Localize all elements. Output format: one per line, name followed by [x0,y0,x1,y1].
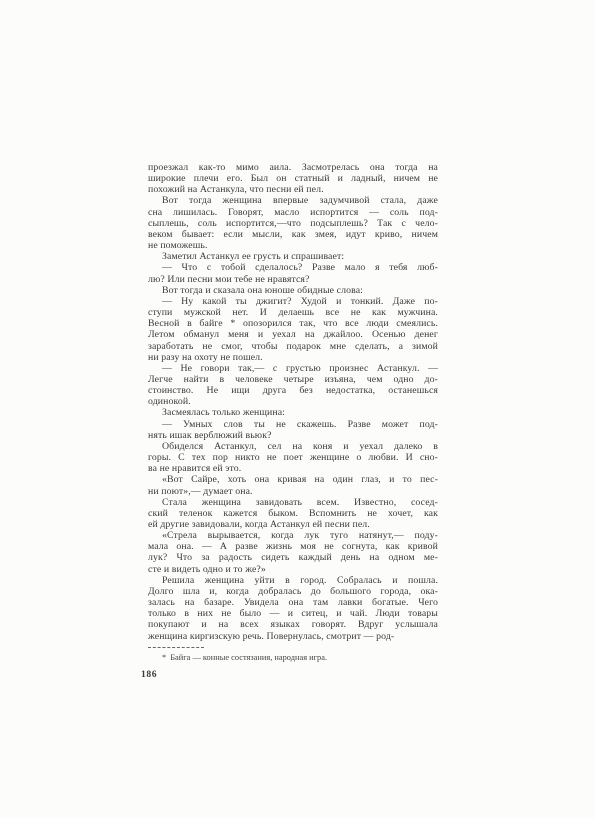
paragraph: Засмеялась только женщина: [148,407,438,418]
text-line: женщина киргизскую речь. Повернулась, см… [148,631,438,642]
paragraph: Обиделся Астанкул, сел на коня и уехал д… [148,441,438,474]
text-line: Обиделся Астанкул, сел на коня и уехал д… [148,441,438,452]
text-line: лук? Что за радость сидеть каждый день н… [148,552,438,563]
text-line: Летом обманул меня и уехал на джайлоо. О… [148,329,438,340]
text-line: — Ну какой ты джигит? Худой и тонкий. Да… [148,296,438,307]
paragraph: «Вот Сайре, хоть она кривая на один глаз… [148,474,438,496]
paragraph: Стала женщина завидовать всем. Известно,… [148,497,438,530]
text-line: Весной в байге * опозорился так, что все… [148,318,438,329]
paragraph: — Что с тобой сделалось? Разве мало я те… [148,262,438,284]
paragraph: проезжал как-то мимо аила. Засмотрелась … [148,162,438,195]
text-line: лю? Или песни мои тебе не нравятся? [148,274,438,285]
text-line: мала она. — А разве жизнь моя не согнута… [148,541,438,552]
text-line: ни поют»,— думает она. [148,486,438,497]
text-line: Вот тогда и сказала она юноше обидные сл… [148,285,438,296]
text-line: Заметил Астанкул ее грусть и спрашивает: [148,251,438,262]
paragraph: Вот тогда и сказала она юноше обидные сл… [148,285,438,296]
text-line: похожий на Астанкула, что песни ей пел. [148,184,438,195]
paragraph: — Ну какой ты джигит? Худой и тонкий. Да… [148,296,438,363]
text-line: — Что с тобой сделалось? Разве мало я те… [148,262,438,273]
text-line: покупают и на всех языках говорят. Вдруг… [148,619,438,630]
text-line: нять ишак верблюжий вьюк? [148,430,438,441]
text-line: «Стрела вырывается, когда лук туго натян… [148,530,438,541]
text-line: стоинство. Не ищи друга без недостатка, … [148,385,438,396]
text-line: Решила женщина уйти в город. Собралась и… [148,575,438,586]
text-line: залась на базаре. Увидела она там лавки … [148,597,438,608]
text-line: Стала женщина завидовать всем. Известно,… [148,497,438,508]
page-number: 186 [141,669,157,680]
text-line: ский теленок кажется быком. Вспомнить не… [148,508,438,519]
text-line: сыплешь, соль испортится,—что подсыплешь… [148,218,438,229]
text-line: заработать не смог, чтобы подарок мне сд… [148,341,438,352]
text-line: Засмеялась только женщина: [148,407,438,418]
text-line: Вот тогда женщина впервые задумчивой ста… [148,195,438,206]
text-line: не поможешь. [148,240,438,251]
text-line: сна лишилась. Говорят, масло испортится … [148,207,438,218]
paragraph: Заметил Астанкул ее грусть и спрашивает: [148,251,438,262]
paragraph: Решила женщина уйти в город. Собралась и… [148,575,438,642]
text-line: — Не говори так,— с грустью произнес Аст… [148,363,438,374]
paragraph: «Стрела вырывается, когда лук туго натян… [148,530,438,575]
paragraph: — Не говори так,— с грустью произнес Аст… [148,363,438,408]
text-line: сте и видеть одно и то же?» [148,564,438,575]
text-line: ни разу на охоту не пошел. [148,352,438,363]
text-line: горы. С тех пор никто не поет женщине о … [148,452,438,463]
paragraph: Вот тогда женщина впервые задумчивой ста… [148,195,438,251]
text-line: широкие плечи его. Был он статный и ладн… [148,173,438,184]
text-line: — Умных слов ты не скажешь. Разве может … [148,419,438,430]
footnote-separator [148,647,204,648]
text-line: ступи мужской нет. И делаешь все не как … [148,307,438,318]
book-page: проезжал как-то мимо аила. Засмотрелась … [0,0,595,818]
text-line: одинокой. [148,396,438,407]
text-line: Легче найти в человеке четыре изъяна, че… [148,374,438,385]
footnote-marker: * [162,653,166,662]
text-block: проезжал как-то мимо аила. Засмотрелась … [148,162,438,642]
text-line: проезжал как-то мимо аила. Засмотрелась … [148,162,438,173]
text-line: Долго шла и, когда добралась до большого… [148,586,438,597]
text-line: ей другие завидовали, когда Астанкул ей … [148,519,438,530]
footnote: *Байга — конные состязания, народная игр… [148,653,438,663]
text-line: «Вот Сайре, хоть она кривая на один глаз… [148,474,438,485]
text-line: только в них не было — и ситец, и чай. Л… [148,608,438,619]
footnote-text: Байга — конные состязания, народная игра… [170,653,327,662]
paragraph: — Умных слов ты не скажешь. Разве может … [148,419,438,441]
text-line: ва не нравится ей это. [148,463,438,474]
text-line: веком бывает: если мысли, как змея, идут… [148,229,438,240]
